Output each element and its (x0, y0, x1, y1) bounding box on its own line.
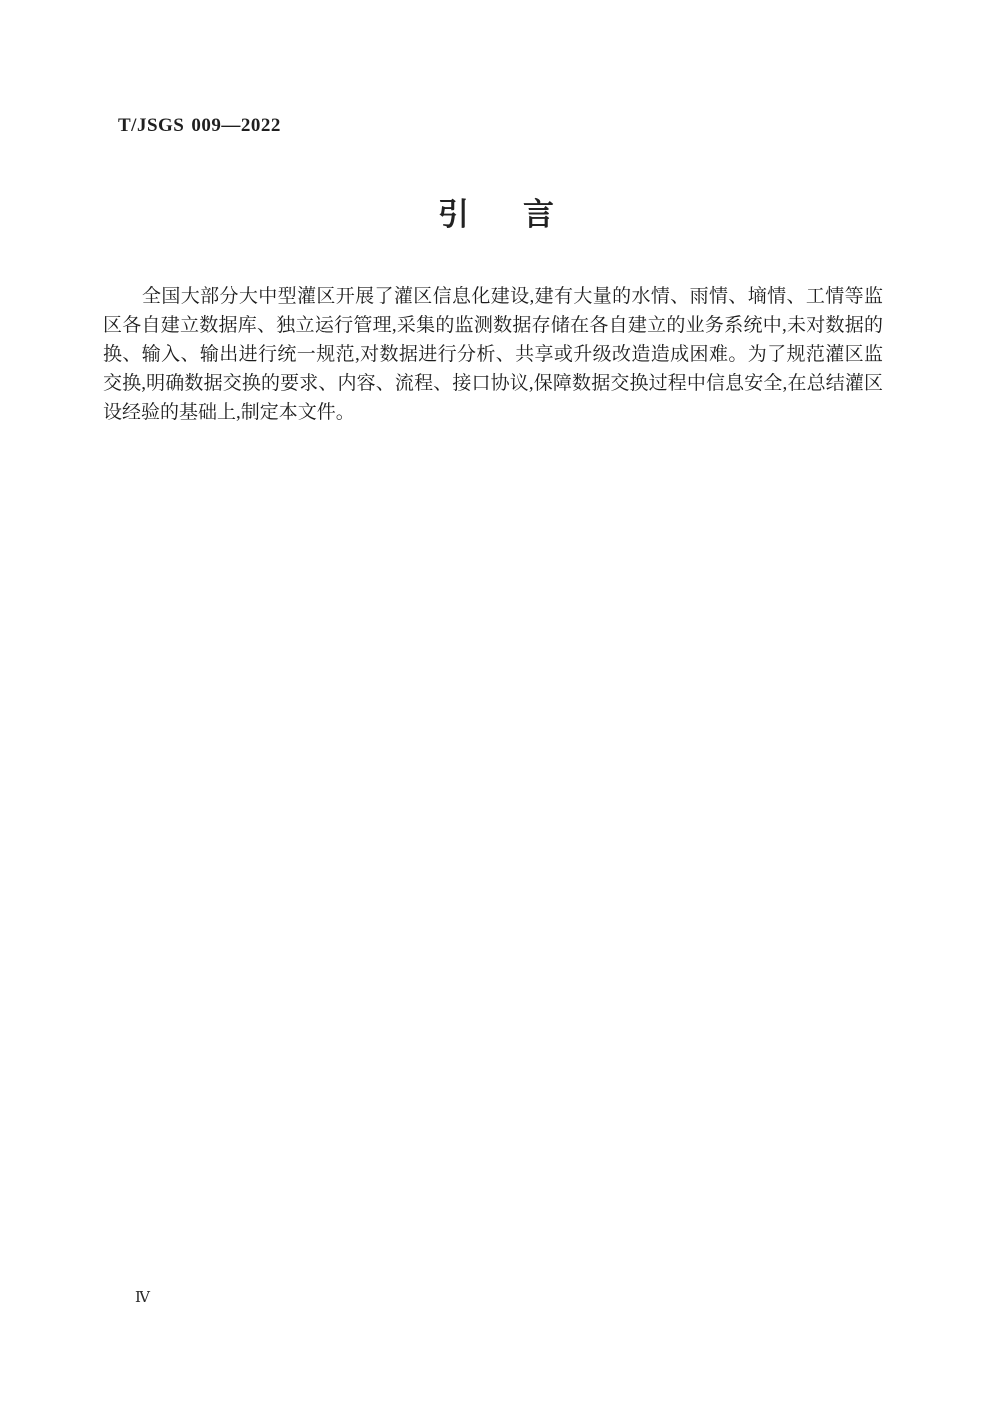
page-number: Ⅳ (135, 1288, 150, 1307)
standard-code: T/JSGS009—2022 (118, 115, 281, 137)
page-title-char-1: 引 (438, 198, 469, 232)
page-title-char-2: 言 (523, 198, 554, 232)
standard-code-number: 009—2022 (191, 115, 281, 136)
paragraph-line: 换、输入、输出进行统一规范,对数据进行分析、共享或升级改造造成困难。为了规范灌区… (103, 340, 883, 369)
standard-code-prefix: T/JSGS (118, 115, 184, 136)
introduction-paragraph: 全国大部分大中型灌区开展了灌区信息化建设,建有大量的水情、雨情、墒情、工情等监测… (103, 282, 883, 427)
paragraph-line: 交换,明确数据交换的要求、内容、流程、接口协议,保障数据交换过程中信息安全,在总… (103, 369, 883, 398)
paragraph-line: 全国大部分大中型灌区开展了灌区信息化建设,建有大量的水情、雨情、墒情、工情等监测… (103, 282, 883, 311)
document-page: T/JSGS009—2022 引 言 全国大部分大中型灌区开展了灌区信息化建设,… (0, 0, 992, 1403)
page-title: 引 言 (0, 198, 992, 232)
paragraph-line: 区各自建立数据库、独立运行管理,采集的监测数据存储在各自建立的业务系统中,未对数… (103, 311, 883, 340)
paragraph-line: 设经验的基础上,制定本文件。 (103, 398, 883, 427)
